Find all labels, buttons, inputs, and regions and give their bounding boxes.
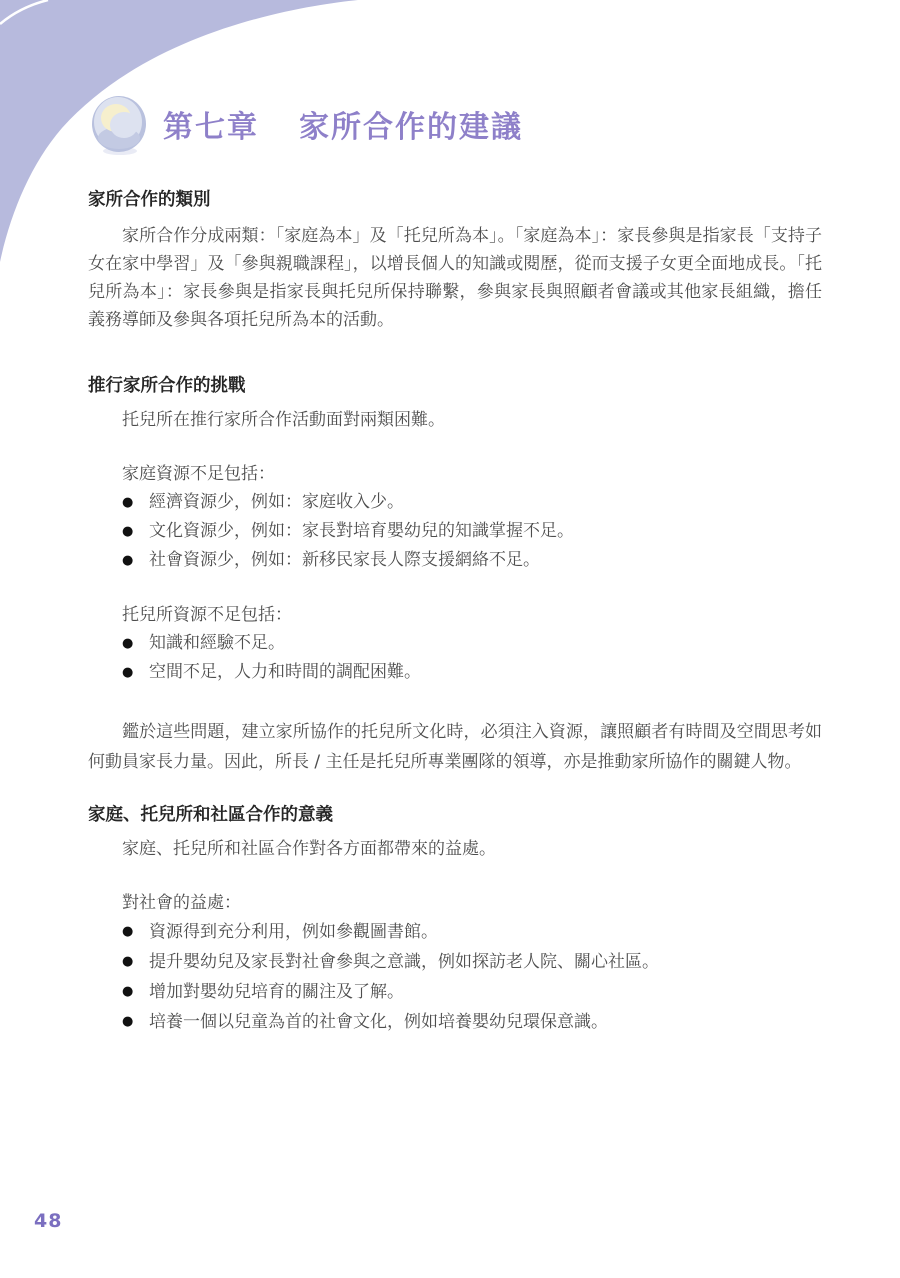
bullet-icon: ● — [122, 947, 149, 977]
chapter-number: 第七章 — [163, 110, 259, 145]
section-heading-challenges: 推行家所合作的挑戰 — [88, 374, 822, 398]
family-resource-list: ● 經濟資源少，例如：家庭收入少。 ● 文化資源少，例如：家長對培育嬰幼兒的知識… — [88, 488, 822, 575]
section-heading-types: 家所合作的類別 — [88, 188, 822, 212]
section-intro: 托兒所在推行家所合作活動面對兩類困難。 — [88, 406, 822, 434]
bullet-icon: ● — [122, 488, 149, 517]
bullet-icon: ● — [122, 546, 149, 575]
content-column: 家所合作的類別 家所合作分成兩類：「家庭為本」及「托兒所為本」。「家庭為本」：家… — [88, 188, 822, 1037]
section-paragraph: 家所合作分成兩類：「家庭為本」及「托兒所為本」。「家庭為本」：家長參與是指家長「… — [88, 222, 822, 334]
centre-resource-list: ● 知識和經驗不足。 ● 空間不足，人力和時間的調配困難。 — [88, 629, 822, 687]
list-item: ● 資源得到充分利用，例如參觀圖書館。 — [122, 917, 822, 947]
document-page: 第七章家所合作的建議 家所合作的類別 家所合作分成兩類：「家庭為本」及「托兒所為… — [0, 0, 900, 1278]
bullet-icon: ● — [122, 977, 149, 1007]
bullet-icon: ● — [122, 629, 149, 658]
section-heading-significance: 家庭、托兒所和社區合作的意義 — [88, 803, 822, 827]
section-intro: 家庭、托兒所和社區合作對各方面都帶來的益處。 — [88, 835, 822, 863]
list-item: ● 提升嬰幼兒及家長對社會參與之意識，例如探訪老人院、關心社區。 — [122, 947, 822, 977]
list-label-centre-resources: 托兒所資源不足包括： — [88, 601, 822, 629]
list-label-society-benefits: 對社會的益處： — [88, 889, 822, 917]
list-item: ● 增加對嬰幼兒培育的關注及了解。 — [122, 977, 822, 1007]
list-label-family-resources: 家庭資源不足包括： — [88, 460, 822, 488]
page-number: 48 — [34, 1210, 62, 1232]
chapter-title: 家所合作的建議 — [299, 110, 523, 145]
bubble-icon — [92, 96, 148, 156]
chapter-title-row: 第七章家所合作的建議 — [163, 102, 523, 146]
list-item: ● 文化資源少，例如：家長對培育嬰幼兒的知識掌握不足。 — [122, 517, 822, 546]
list-item: ● 知識和經驗不足。 — [122, 629, 822, 658]
bullet-icon: ● — [122, 917, 149, 947]
bullet-icon: ● — [122, 517, 149, 546]
list-item: ● 培養一個以兒童為首的社會文化，例如培養嬰幼兒環保意識。 — [122, 1007, 822, 1037]
list-item: ● 經濟資源少，例如：家庭收入少。 — [122, 488, 822, 517]
section-conclusion: 鑑於這些問題，建立家所協作的托兒所文化時，必須注入資源，讓照顧者有時間及空間思考… — [88, 717, 822, 777]
list-item: ● 空間不足，人力和時間的調配困難。 — [122, 658, 822, 687]
list-item: ● 社會資源少，例如：新移民家長人際支援網絡不足。 — [122, 546, 822, 575]
bullet-icon: ● — [122, 658, 149, 687]
society-benefit-list: ● 資源得到充分利用，例如參觀圖書館。 ● 提升嬰幼兒及家長對社會參與之意識，例… — [88, 917, 822, 1037]
bullet-icon: ● — [122, 1007, 149, 1037]
